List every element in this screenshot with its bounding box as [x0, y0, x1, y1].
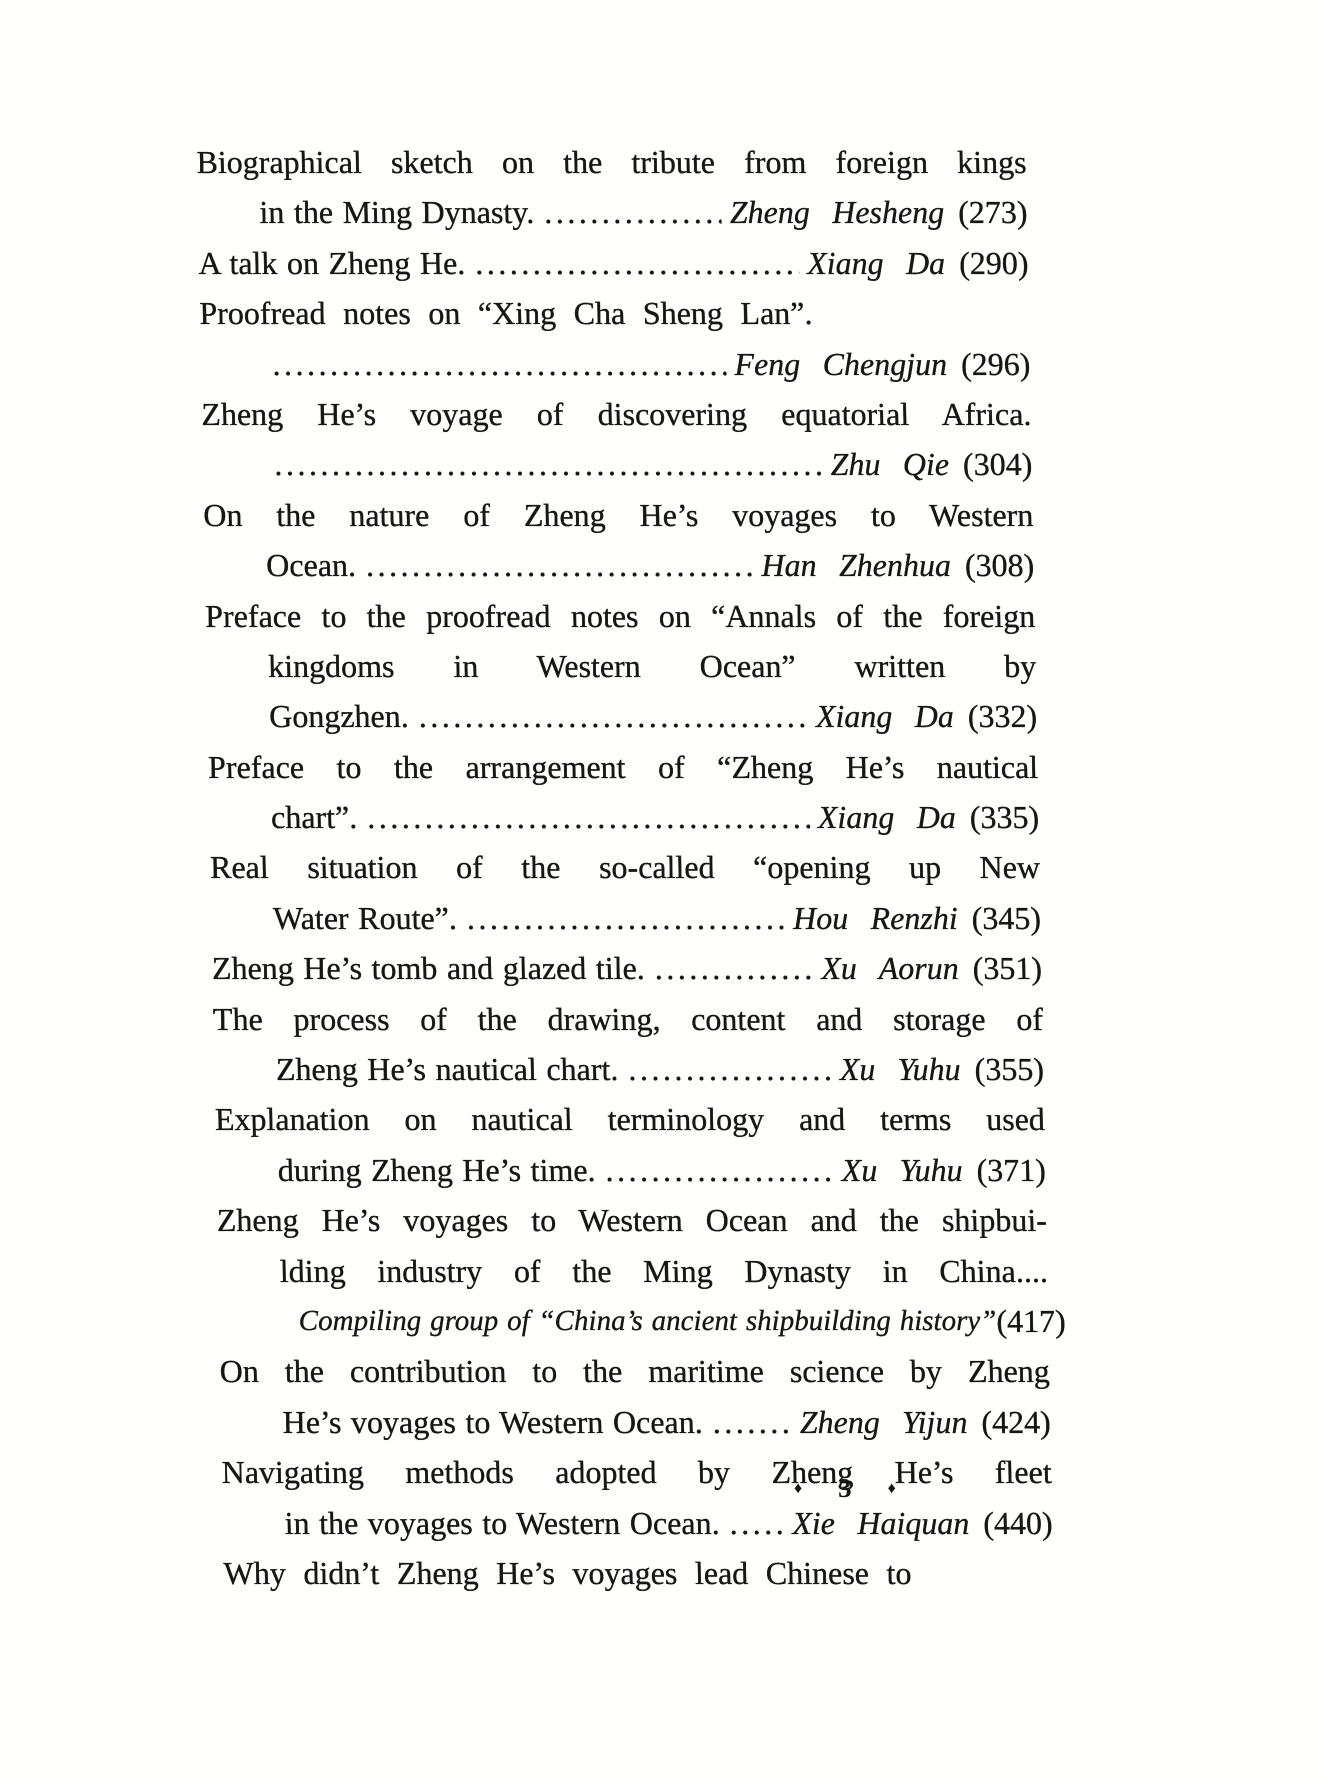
toc-line: He’s voyages to Western Ocean...........…	[220, 1397, 1051, 1447]
entry-author: Hou Renzhi	[793, 893, 959, 943]
entry-page-number: (273)	[958, 187, 1028, 237]
toc-line: Gongzhen................................…	[207, 691, 1038, 741]
toc-line-title: kingdoms in Western Ocean” written by	[206, 641, 1037, 691]
toc-line-title: The process of the drawing, content and …	[212, 994, 1043, 1044]
toc-line: in the voyages to Western Ocean.........…	[222, 1498, 1053, 1548]
entry-title: in the Ming Dynasty.	[259, 187, 535, 237]
entry-author: Xiang Da	[815, 691, 954, 741]
entry-page-number: (417)	[996, 1296, 1066, 1346]
toc-line: Zheng He’s nautical chart...............…	[213, 1044, 1044, 1094]
toc-line-title: Real situation of the so-called “opening…	[210, 842, 1041, 892]
entry-page-number: (296)	[961, 339, 1031, 389]
toc-line-title: Navigating methods adopted by Zheng He’s…	[221, 1447, 1052, 1497]
entry-author: Zheng Yijun	[799, 1397, 968, 1447]
entry-title: Zheng He’s nautical chart.	[275, 1044, 618, 1094]
entry-title: Water Route”.	[273, 893, 458, 943]
entry-title: Zheng He’s tomb and glazed tile.	[211, 943, 645, 993]
leader-dots: ........................................…	[729, 1498, 785, 1548]
entry-title: A talk on Zheng He.	[198, 238, 466, 288]
toc-line-title: On the nature of Zheng He’s voyages to W…	[203, 490, 1034, 540]
toc-line: ........................................…	[202, 439, 1033, 489]
leader-dots: ........................................…	[605, 1145, 834, 1195]
entry-page-number: (345)	[971, 893, 1041, 943]
entry-author: Feng Chengjun	[734, 339, 948, 389]
entry-title: during Zheng He’s time.	[277, 1145, 596, 1195]
leader-dots: ........................................…	[466, 893, 785, 943]
toc-line-title: Zheng He’s voyages to Western Ocean and …	[216, 1195, 1047, 1245]
entry-author: Xiang Da	[817, 792, 956, 842]
footer-ornament-left: ♦	[794, 1475, 802, 1502]
toc-line-title: Explanation on nautical terminology and …	[214, 1094, 1045, 1144]
entry-title: Ocean.	[266, 540, 357, 590]
entry-page-number: (351)	[972, 943, 1042, 993]
toc-line: Water Route”............................…	[211, 893, 1042, 943]
toc-list: Biographical sketch on the tribute from …	[196, 137, 1054, 1598]
leader-dots: ........................................…	[712, 1397, 792, 1447]
toc-line: during Zheng He’s time..................…	[215, 1145, 1046, 1195]
entry-author: Xiang Da	[807, 238, 946, 288]
entry-page-number: (308)	[964, 540, 1034, 590]
leader-dots: ........................................…	[628, 1044, 832, 1094]
entry-page-number: (440)	[983, 1498, 1053, 1548]
entry-title: Compiling group of “China’s ancient ship…	[298, 1296, 997, 1346]
entry-author: Xu Yuhu	[841, 1145, 963, 1195]
scanned-page: Biographical sketch on the tribute from …	[0, 0, 1324, 1780]
entry-author: Xu Aorun	[821, 943, 959, 993]
leader-dots: ........................................…	[365, 540, 753, 590]
leader-dots: ........................................…	[274, 439, 823, 489]
leader-dots: ........................................…	[654, 943, 814, 993]
entry-page-number: (332)	[967, 691, 1037, 741]
toc-line-title: Preface to the proofread notes on “Annal…	[205, 591, 1036, 641]
entry-author: Xie Haiquan	[792, 1498, 970, 1548]
toc-line: A talk on Zheng He......................…	[198, 238, 1029, 288]
entry-title: chart”.	[271, 792, 358, 842]
leader-dots: ........................................…	[367, 792, 811, 842]
leader-dots: ........................................…	[544, 187, 723, 237]
leader-dots: ........................................…	[418, 691, 808, 741]
toc-line: ........................................…	[200, 339, 1031, 389]
entry-page-number: (304)	[962, 439, 1032, 489]
toc-line: Zheng He’s tomb and glazed tile.........…	[211, 943, 1042, 993]
leader-dots: ........................................…	[475, 238, 800, 288]
entry-author: Han Zhenhua	[761, 540, 951, 590]
entry-author: Zheng Hesheng	[729, 187, 944, 237]
entry-page-number: (335)	[969, 792, 1039, 842]
page-footer: ♦ 3 ♦	[794, 1475, 896, 1502]
entry-page-number: (424)	[981, 1397, 1051, 1447]
toc-line-title: Zheng He’s voyage of discovering equator…	[201, 389, 1032, 439]
entry-page-number: (355)	[974, 1044, 1044, 1094]
entry-author: Zhu Qie	[830, 439, 949, 489]
toc-line-title: On the contribution to the maritime scie…	[219, 1346, 1050, 1396]
toc-line: chart”..................................…	[209, 792, 1040, 842]
toc-line-title: Why didn’t Zheng He’s voyages lead Chine…	[223, 1548, 1054, 1598]
entry-title: He’s voyages to Western Ocean.	[282, 1397, 703, 1447]
footer-ornament-right: ♦	[888, 1475, 896, 1502]
entry-author: Xu Yuhu	[839, 1044, 961, 1094]
toc-line: Ocean...................................…	[204, 540, 1035, 590]
entry-page-number: (290)	[959, 238, 1029, 288]
toc-line-title: lding industry of the Ming Dynasty in Ch…	[217, 1246, 1048, 1296]
toc-line-title: Proofread notes on “Xing Cha Sheng Lan”.	[199, 288, 1030, 338]
toc-line: Compiling group of “China’s ancient ship…	[218, 1296, 1049, 1346]
entry-page-number: (371)	[976, 1145, 1046, 1195]
toc-line-title: Preface to the arrangement of “Zheng He’…	[208, 742, 1039, 792]
entry-title: Gongzhen.	[269, 691, 409, 741]
entry-title: in the voyages to Western Ocean.	[284, 1498, 720, 1548]
footer-page-number: 3	[838, 1475, 852, 1502]
toc-line-title: Biographical sketch on the tribute from …	[196, 137, 1027, 187]
toc-line: in the Ming Dynasty.....................…	[197, 187, 1028, 237]
leader-dots: ........................................…	[272, 339, 727, 389]
